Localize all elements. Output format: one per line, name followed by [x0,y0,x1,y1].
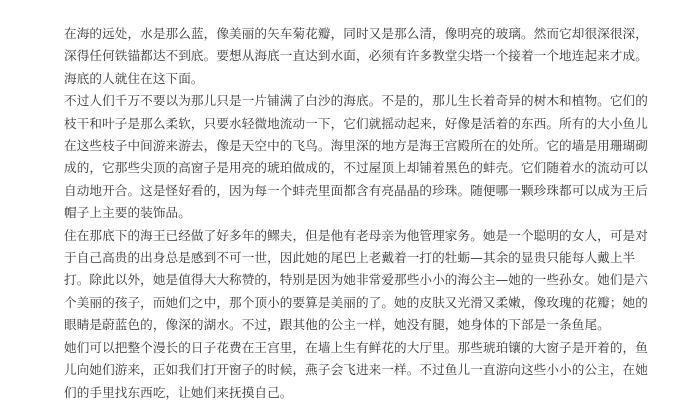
text-line: 自动地开合。这是怪好看的，因为每一个蚌壳里面都含有亮晶晶的珍珠。随便哪一颗珍珠都… [64,180,676,202]
text-line: 们的手里找东西吃，让她们来抚摸自己。 [64,382,676,400]
paragraph-1: 在海的远处，水是那么蓝，像美丽的矢车菊花瓣，同时又是那么清，像明亮的玻璃。然而它… [64,23,676,90]
text-line: 在这些枝子中间游来游去，像是天空中的飞鸟。海里深的地方是海王宫殿所在的处所。它的… [64,135,676,157]
text-line: 于自己高贵的出身总是感到不可一世，因此她的尾巴上老戴着一打的牡蛎—其余的显贵只能… [64,247,676,269]
text-line: 儿向她们游来，正如我们打开窗子的时候，燕子会飞进来一样。不过鱼儿一直游向这些小小… [64,359,676,381]
paragraph-2: 不过人们千万不要以为那儿只是一片铺满了白沙的海底。不是的，那儿生长着奇异的树木和… [64,90,676,224]
article-body: 在海的远处，水是那么蓝，像美丽的矢车菊花瓣，同时又是那么清，像明亮的玻璃。然而它… [64,23,676,400]
text-line: 眼睛是蔚蓝色的，像深的湖水。不过，跟其他的公主一样，她没有腿，她身体的下部是一条… [64,314,676,336]
text-line: 深得任何铁锚都达不到底。要想从海底一直达到水面，必须有许多教堂尖塔一个接着一个地… [64,45,676,67]
text-line: 成的，它那些尖顶的高窗子是用亮的琥珀做成的，不过屋顶上却铺着黑色的蚌壳。它们随着… [64,157,676,179]
text-line: 帽子上主要的装饰品。 [64,202,676,224]
paragraph-4: 她们可以把整个漫长的日子花费在王宫里，在墙上生有鲜花的大厅里。那些琥珀镶的大窗子… [64,337,676,400]
text-line: 枝干和叶子是那么柔软，只要水轻微地流动一下，它们就摇动起来，好像是活着的东西。所… [64,113,676,135]
text-line: 海底的人就住在这下面。 [64,68,676,90]
text-line: 住在那底下的海王已经做了好多年的鳏夫，但是他有老母亲为他管理家务。她是一个聪明的… [64,225,676,247]
text-line: 不过人们千万不要以为那儿只是一片铺满了白沙的海底。不是的，那儿生长着奇异的树木和… [64,90,676,112]
text-line: 在海的远处，水是那么蓝，像美丽的矢车菊花瓣，同时又是那么清，像明亮的玻璃。然而它… [64,23,676,45]
text-line: 她们可以把整个漫长的日子花费在王宫里，在墙上生有鲜花的大厅里。那些琥珀镶的大窗子… [64,337,676,359]
paragraph-3: 住在那底下的海王已经做了好多年的鳏夫，但是他有老母亲为他管理家务。她是一个聪明的… [64,225,676,337]
text-line: 打。除此以外，她是值得大大称赞的，特别是因为她非常爱那些小小的海公主—她的一些孙… [64,269,676,291]
text-line: 个美丽的孩子，而她们之中，那个顶小的要算是美丽的了。她的皮肤又光滑又柔嫩，像玫瑰… [64,292,676,314]
